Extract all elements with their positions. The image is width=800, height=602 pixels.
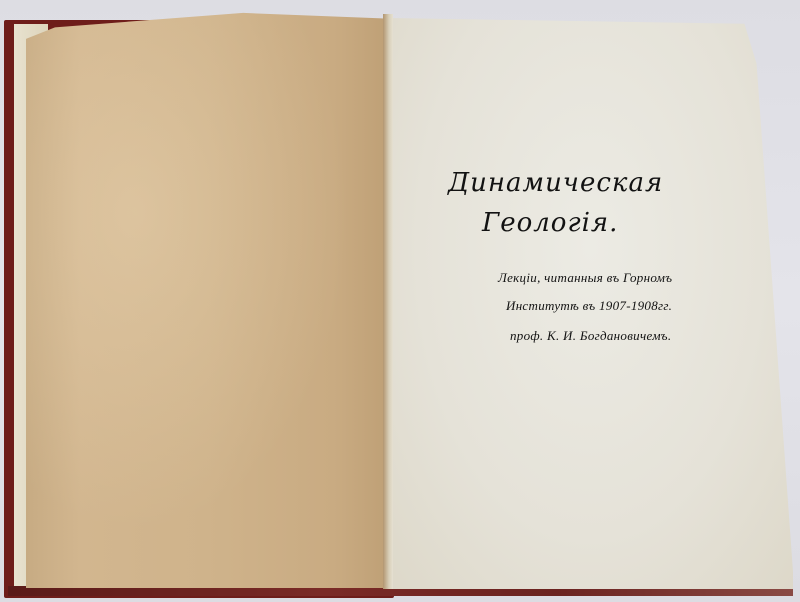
left-flyleaf-page	[26, 10, 388, 588]
photo-scene: Динамическая Геологія. Лекціи, читанныя …	[0, 0, 800, 602]
subtitle-line-2: Институтѣ въ 1907-1908гг.	[506, 298, 672, 314]
title-line-2: Геологія.	[482, 208, 618, 238]
title-line-1: Динамическая	[448, 168, 663, 198]
subtitle-line-3: проф. К. И. Богдановичемъ.	[510, 328, 671, 344]
book-gutter	[383, 14, 393, 589]
subtitle-line-1: Лекціи, читанныя въ Горномъ	[498, 270, 672, 286]
